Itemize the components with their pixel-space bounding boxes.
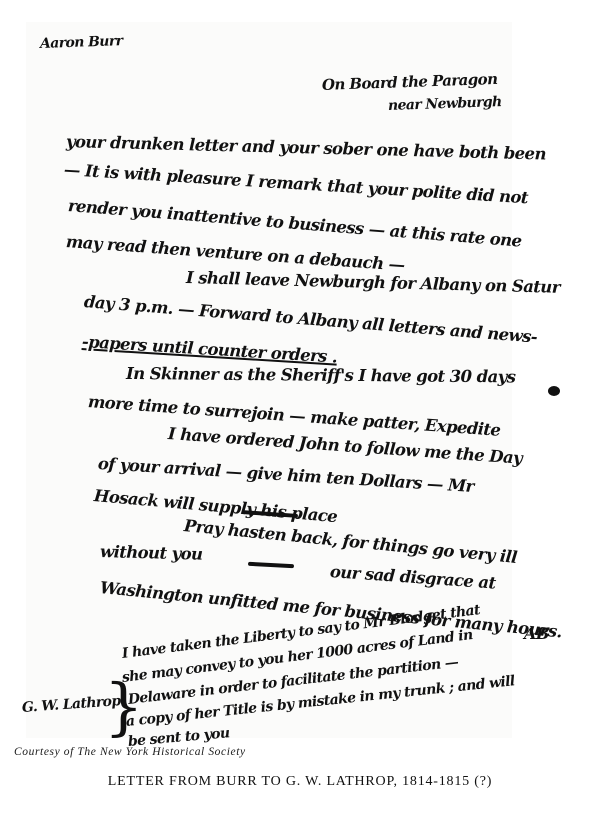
letter-line: without you <box>100 542 203 564</box>
letter-signature: Aaron Burr <box>40 33 123 52</box>
image-credit: Courtesy of The New York Historical Soci… <box>14 746 246 758</box>
brace-mark: } <box>104 676 143 738</box>
letter-initials: AB <box>524 624 549 643</box>
figure-caption: LETTER FROM BURR TO G. W. LATHROP, 1814-… <box>0 774 600 790</box>
letter-line: In Skinner as the Sheriff's I have got 3… <box>126 364 515 386</box>
ink-blot <box>548 386 560 396</box>
